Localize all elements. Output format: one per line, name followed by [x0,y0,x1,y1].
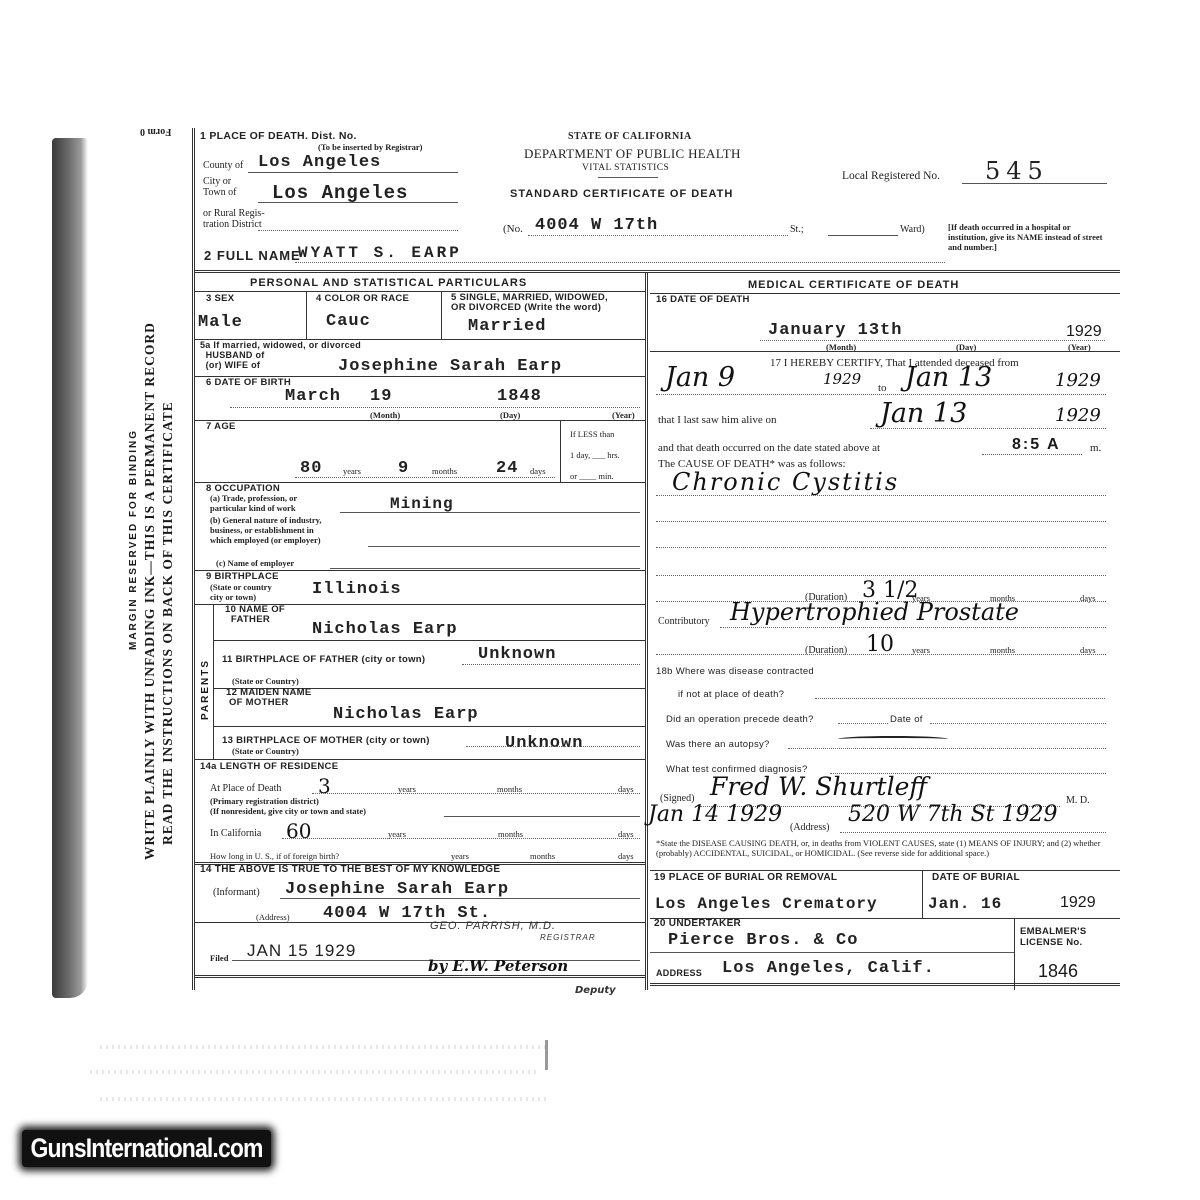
age-days: 24 [496,459,518,478]
burial-place-value: Los Angeles Crematory [655,895,878,913]
attended-to-year: 1929 [1055,370,1101,391]
operation-date-label: Date of [890,714,923,725]
attended-from-date: Jan 9 [665,362,735,393]
foreign-months-word: months [530,851,555,861]
autopsy-dash-mark [838,736,948,742]
in-california-label: In California [210,828,261,839]
ward-label: Ward) [900,224,925,235]
burial-year: 1929 [1060,894,1096,912]
deputy-signature: by E.W. Peterson [428,957,568,975]
death-time-value: 8:5 A [1012,436,1061,454]
deputy-label: Deputy [575,985,616,996]
city-value: Los Angeles [272,182,408,204]
race-label: 4 COLOR OR RACE [316,293,409,304]
birthplace-sub: (State or countrycity or town) [210,582,272,602]
where-contracted-label: 18b Where was disease contracted [656,666,814,677]
less-than-day-note: If LESS than1 day, ___ hrs.or ____ min. [570,424,620,487]
street-prefix: (No. [503,223,523,235]
state-heading: STATE OF CALIFORNIA [568,131,692,142]
signed-date: Jan 14 1929 [648,802,782,827]
vital-statistics-heading: VITAL STATISTICS [582,163,669,173]
undertaker-value: Pierce Bros. & Co [668,931,858,950]
attended-to-date: Jan 13 [905,362,992,393]
autopsy-label: Was there an autopsy? [666,739,770,750]
local-registered-label: Local Registered No. [842,170,940,182]
burial-place-label: 19 PLACE OF BURIAL OR REMOVAL [654,872,837,883]
to-word: to [878,382,887,394]
department-heading: DEPARTMENT OF PUBLIC HEALTH [524,146,741,162]
informant-header: 14 THE ABOVE IS TRUE TO THE BEST OF MY K… [200,864,500,875]
father-birthplace-label: 11 BIRTHPLACE OF FATHER (city or town) [222,654,425,665]
registrar-stamp: GEO. PARRISH, M.D. [430,920,556,932]
residence-label: 14a LENGTH OF RESIDENCE [200,761,338,772]
cause-footnote: *State the DISEASE CAUSING DEATH, or, in… [656,838,1106,858]
margin-permanent-record-note: WRITE PLAINLY WITH UNFADING INK—THIS IS … [142,322,158,860]
embalmer-license-number: 1846 [1038,961,1078,982]
burial-date-label: DATE OF BURIAL [932,872,1020,883]
burial-date-value: Jan. 16 [928,895,1002,913]
physician-address-label: (Address) [790,822,829,833]
in-california-years: 60 [286,819,311,843]
mother-birthplace-value: Unknown [505,734,583,753]
sex-label: 3 SEX [206,293,234,304]
rural-district-label: or Rural Regis-tration District [203,208,265,230]
cause-of-death-value: Chronic Cystitis [672,468,899,496]
personal-section-header: PERSONAL AND STATISTICAL PARTICULARS [250,277,527,289]
filed-date-stamp: JAN 15 1929 [247,941,356,961]
undertaker-label: 20 UNDERTAKER [654,918,741,929]
father-name-label: 10 NAME OF FATHER [225,605,285,625]
undertaker-address-label: ADDRESS [656,968,702,978]
father-birthplace-sub: (State or Country) [232,676,299,686]
father-name-value: Nicholas Earp [312,620,458,639]
informant-label: (Informant) [213,887,260,898]
age-label: 7 AGE [206,421,236,432]
undertaker-address-value: Los Angeles, Calif. [722,959,935,978]
margin-binding-note: MARGIN RESERVED FOR BINDING [128,429,139,650]
binding-strip-shadow [52,138,88,998]
at-place-years: 3 [318,774,331,798]
foreign-days-word: days [618,851,634,861]
primary-note: (Primary registration district) [210,796,319,806]
physician-signature: Fred W. Shurtleff [710,772,927,801]
date-of-death-year: 1929 [1066,323,1102,341]
at-place-months-word: months [497,784,522,794]
embalmer-license-label: EMBALMER'SLICENSE No. [1020,926,1086,948]
margin-instructions-note: READ THE INSTRUCTIONS ON BACK OF THIS CE… [160,401,176,845]
mother-name-label: 12 MAIDEN NAME OF MOTHER [226,688,312,708]
age-months: 9 [398,459,409,478]
sex-value: Male [198,313,243,332]
in-california-days-word: days [618,829,634,839]
occupation-sub-a: (a) Trade, profession, orparticular kind… [210,493,297,513]
foreign-years-word: years [451,851,469,861]
dob-label: 6 DATE OF BIRTH [206,377,291,388]
county-value: Los Angeles [258,153,381,172]
operation-label: Did an operation precede death? [666,714,814,725]
mother-birthplace-sub: (State or Country) [232,746,299,756]
in-california-months-word: months [498,829,523,839]
dob-month-caption: (Month) [370,410,400,420]
md-label: M. D. [1066,795,1090,806]
date-of-death-value: January 13th [768,321,902,340]
at-place-years-word: years [398,784,416,794]
mother-birthplace-label: 13 BIRTHPLACE OF MOTHER (city or town) [222,735,430,746]
local-registered-number: 545 [985,157,1049,185]
form-number-label: Form 0 [140,126,171,137]
spouse-label: 5a If married, widowed, or divorced HUSB… [200,340,361,370]
parents-side-label: PARENTS [200,659,211,720]
birthplace-value: Illinois [312,580,402,599]
medical-section-header: MEDICAL CERTIFICATE OF DEATH [748,279,959,291]
street-value: 4004 W 17th [535,216,658,235]
filed-label: Filed [210,953,228,963]
age-years-word: years [343,466,361,476]
watermark-logo: GunsInternational.com [22,1130,271,1167]
informant-value: Josephine Sarah Earp [285,880,509,899]
hospital-note: [If death occurred in a hospital or inst… [948,222,1108,252]
occupation-value: Mining [390,495,454,513]
dob-year: 1848 [497,387,542,406]
age-days-word: days [530,466,546,476]
contributory-label: Contributory [658,616,710,627]
certificate-title: STANDARD CERTIFICATE OF DEATH [510,188,733,200]
foreign-birth-label: How long in U. S., if of foreign birth? [210,851,339,861]
race-value: Cauc [326,312,371,331]
last-saw-year: 1929 [1055,405,1101,426]
birthplace-label: 9 BIRTHPLACE [206,571,279,582]
last-saw-date: Jan 13 [880,398,967,429]
dob-day: 19 [370,387,392,406]
county-label: County of [203,160,243,171]
dob-year-caption: (Year) [612,410,635,420]
father-birthplace-value: Unknown [478,645,556,664]
death-time-suffix: m. [1090,442,1101,454]
at-place-label: At Place of Death [210,783,281,794]
full-name-label: 2 FULL NAME [204,248,301,263]
informant-address-label: (Address) [256,912,290,922]
employer-label: (c) Name of employer [216,558,294,568]
nonresident-note: (If nonresident, give city or town and s… [210,806,366,816]
dob-day-caption: (Day) [500,410,520,420]
occupation-sub-b: (b) General nature of industry,business,… [210,515,322,545]
dob-month: March [285,387,341,406]
age-years: 80 [300,459,322,478]
spouse-value: Josephine Sarah Earp [338,357,562,376]
full-name-value: WYATT S. EARP [298,244,462,262]
contributory-value: Hypertrophied Prostate [730,598,1019,626]
physician-address-value: 520 W 7th St 1929 [848,802,1057,827]
death-time-statement: and that death occurred on the date stat… [658,442,880,454]
attended-from-year: 1929 [823,370,861,388]
street-st-label: St.; [790,224,804,235]
mother-name-value: Nicholas Earp [333,705,479,724]
city-label: City orTown of [203,176,236,198]
marital-value: Married [468,317,546,336]
last-saw-statement: that I last saw him alive on [658,414,777,426]
if-not-place-label: if not at place of death? [678,689,784,700]
dist-no-note: (To be inserted by Registrar) [318,142,423,152]
in-california-years-word: years [388,829,406,839]
date-of-death-label: 16 DATE OF DEATH [656,294,750,305]
registrar-title: REGISTRAR [540,933,596,942]
age-months-word: months [432,466,457,476]
marital-label: 5 SINGLE, MARRIED, WIDOWED,OR DIVORCED (… [451,293,608,313]
at-place-days-word: days [618,784,634,794]
place-of-death-label: 1 PLACE OF DEATH. Dist. No. [200,130,357,142]
